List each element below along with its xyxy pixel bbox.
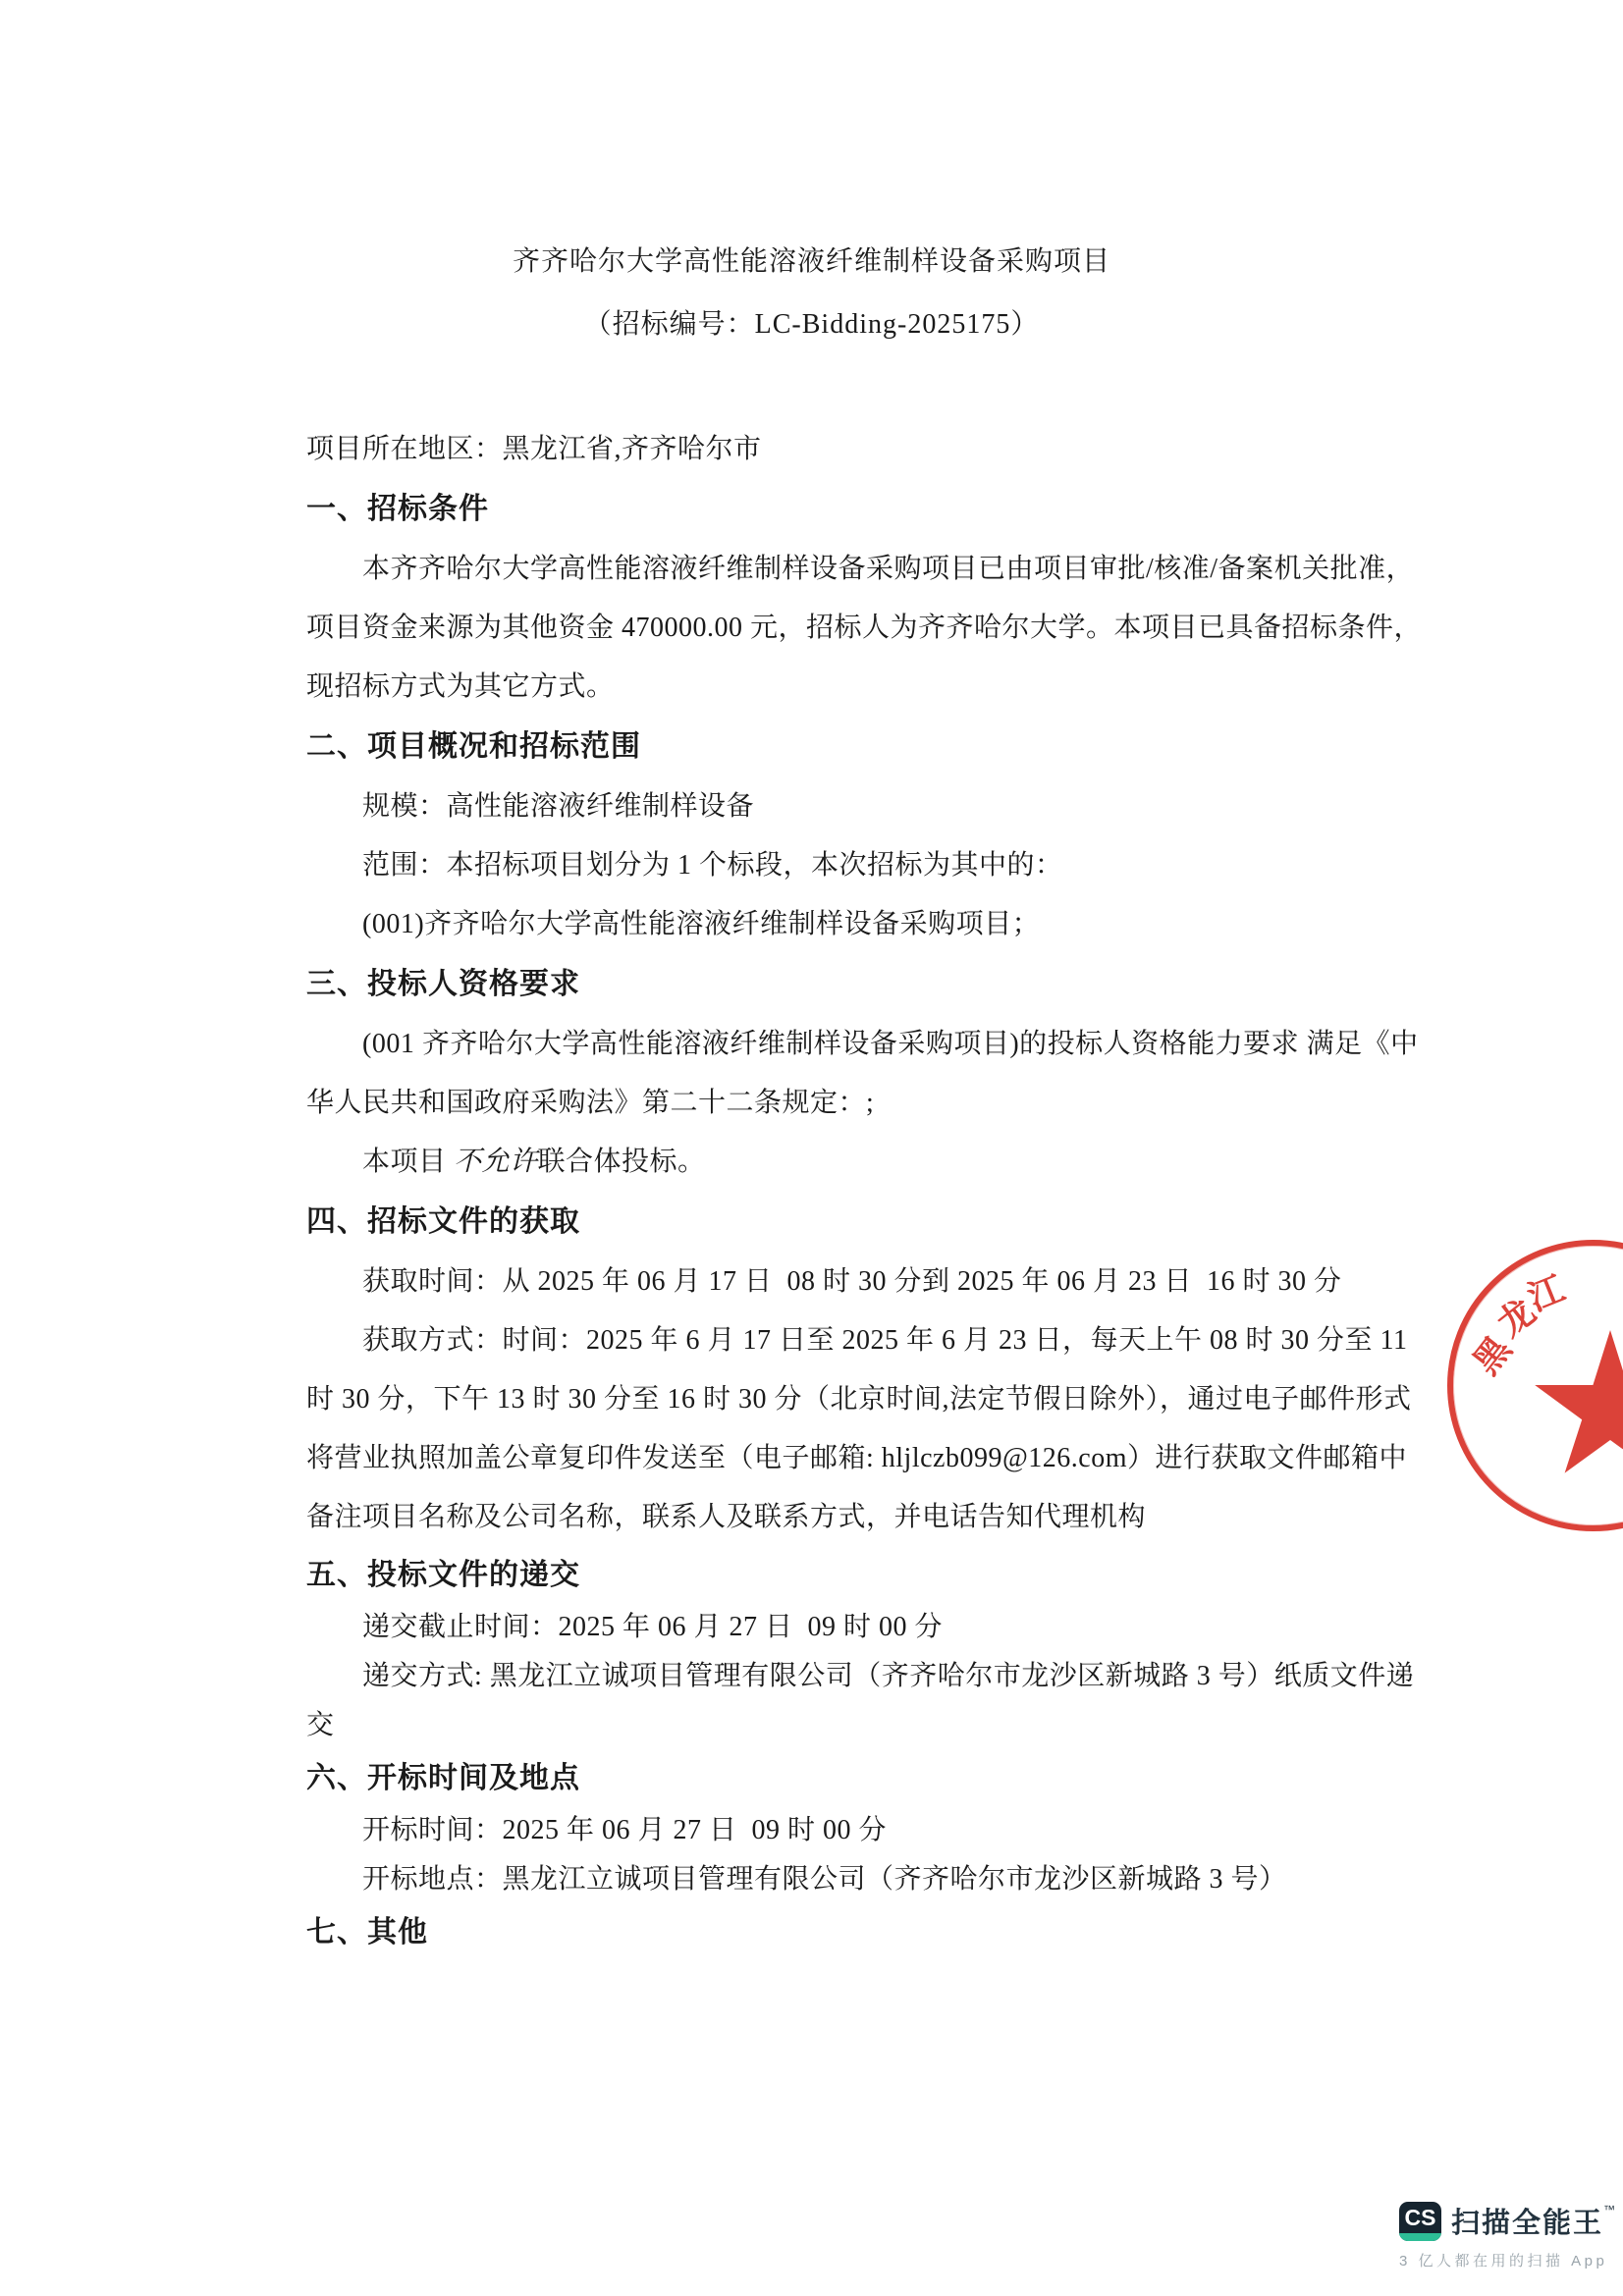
document-section: 三、投标人资格要求(001 齐齐哈尔大学高性能溶液纤维制样设备采购项目)的投标人…	[306, 954, 1406, 1192]
section-heading: 一、招标条件	[306, 479, 1406, 540]
document-line: (001 齐齐哈尔大学高性能溶液纤维制样设备采购项目)的投标人资格能力要求 满足…	[306, 1015, 1406, 1074]
document-line: 递交方式: 黑龙江立诚项目管理有限公司（齐齐哈尔市龙沙区新城路 3 号）纸质文件…	[306, 1652, 1406, 1701]
camscanner-cs-label: CS	[1405, 2207, 1436, 2229]
trademark-symbol: ™	[1603, 2203, 1615, 2216]
document-line: 时 30 分，下午 13 时 30 分至 16 时 30 分（北京时间,法定节假…	[306, 1370, 1406, 1429]
document-line: 范围：本招标项目划分为 1 个标段，本次招标为其中的：	[306, 836, 1406, 895]
section-heading: 六、开标时间及地点	[306, 1750, 1406, 1806]
document-section: 项目所在地区：黑龙江省,齐齐哈尔市	[306, 420, 1406, 479]
camscanner-tagline: 3 亿人都在用的扫描 App	[1399, 2250, 1615, 2270]
document-line: 将营业执照加盖公章复印件发送至（电子邮箱: hljlczb099@126.com…	[306, 1429, 1406, 1488]
document-line: 现招标方式为其它方式。	[306, 658, 1406, 717]
document-line: 交	[306, 1701, 1406, 1750]
document-line: 获取方式：时间：2025 年 6 月 17 日至 2025 年 6 月 23 日…	[306, 1311, 1406, 1370]
document-subtitle: （招标编号：LC-Bidding-2025175）	[0, 302, 1623, 342]
document-page: 齐齐哈尔大学高性能溶液纤维制样设备采购项目 （招标编号：LC-Bidding-2…	[0, 0, 1623, 2296]
camscanner-app-name: 扫描全能王	[1451, 2201, 1603, 2241]
document-line: 开标时间：2025 年 06 月 27 日 09 时 00 分	[306, 1806, 1406, 1855]
section-heading: 三、投标人资格要求	[306, 954, 1406, 1015]
document-line: 开标地点：黑龙江立诚项目管理有限公司（齐齐哈尔市龙沙区新城路 3 号）	[306, 1855, 1406, 1904]
camscanner-logo-row: CS 扫描全能王 ™	[1399, 2201, 1615, 2241]
document-line: 备注项目名称及公司名称，联系人及联系方式，并电话告知代理机构	[306, 1488, 1406, 1547]
document-section: 六、开标时间及地点开标时间：2025 年 06 月 27 日 09 时 00 分…	[306, 1750, 1406, 1904]
document-section: 二、项目概况和招标范围规模：高性能溶液纤维制样设备范围：本招标项目划分为 1 个…	[306, 717, 1406, 954]
document-line: 华人民共和国政府采购法》第二十二条规定：;	[306, 1074, 1406, 1133]
document-section: 一、招标条件本齐齐哈尔大学高性能溶液纤维制样设备采购项目已由项目审批/核准/备案…	[306, 479, 1406, 717]
camscanner-logo-icon: CS	[1399, 2202, 1441, 2241]
document-section: 五、投标文件的递交递交截止时间：2025 年 06 月 27 日 09 时 00…	[306, 1547, 1406, 1750]
document-line: 本项目 不允许联合体投标。	[306, 1133, 1406, 1192]
document-line: 项目资金来源为其他资金 470000.00 元，招标人为齐齐哈尔大学。本项目已具…	[306, 599, 1406, 658]
document-section: 四、招标文件的获取获取时间：从 2025 年 06 月 17 日 08 时 30…	[306, 1192, 1406, 1547]
document-body: 项目所在地区：黑龙江省,齐齐哈尔市一、招标条件本齐齐哈尔大学高性能溶液纤维制样设…	[306, 420, 1406, 1960]
document-section: 七、其他	[306, 1904, 1406, 1960]
document-line: 获取时间：从 2025 年 06 月 17 日 08 时 30 分到 2025 …	[306, 1253, 1406, 1311]
camscanner-watermark: CS 扫描全能王 ™ 3 亿人都在用的扫描 App	[1399, 2201, 1615, 2270]
section-heading: 五、投标文件的递交	[306, 1547, 1406, 1603]
section-heading: 七、其他	[306, 1904, 1406, 1960]
document-line: 项目所在地区：黑龙江省,齐齐哈尔市	[306, 420, 1406, 479]
section-heading: 四、招标文件的获取	[306, 1192, 1406, 1253]
section-heading: 二、项目概况和招标范围	[306, 717, 1406, 777]
document-title: 齐齐哈尔大学高性能溶液纤维制样设备采购项目	[0, 240, 1623, 279]
document-line: 本齐齐哈尔大学高性能溶液纤维制样设备采购项目已由项目审批/核准/备案机关批准，	[306, 540, 1406, 599]
document-line: (001)齐齐哈尔大学高性能溶液纤维制样设备采购项目；	[306, 895, 1406, 954]
document-line: 规模：高性能溶液纤维制样设备	[306, 777, 1406, 836]
document-line: 递交截止时间：2025 年 06 月 27 日 09 时 00 分	[306, 1603, 1406, 1652]
camscanner-logo-accent-strip	[1399, 2233, 1441, 2241]
